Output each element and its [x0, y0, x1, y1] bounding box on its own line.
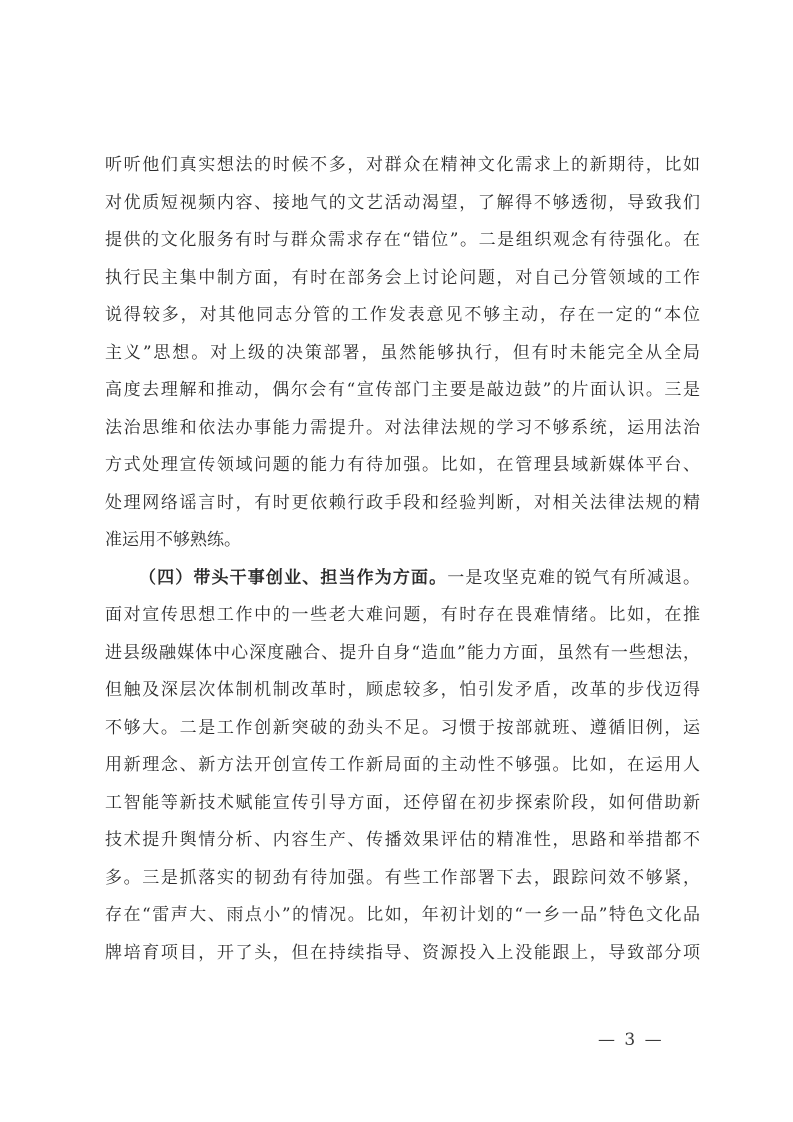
text-line: 技术提升舆情分析、内容生产、传播效果评估的精准性，思路和举措都不 [105, 822, 700, 860]
text-line: 用新理念、新方法开创宣传工作新局面的主动性不够强。比如，在运用人 [105, 747, 700, 785]
paragraph-2-first-line: （四）带头干事创业、担当作为方面。一是攻坚克难的锐气有所减退。 [105, 560, 700, 598]
text-line: 工智能等新技术赋能宣传引导方面，还停留在初步探索阶段，如何借助新 [105, 785, 700, 823]
text-line: 面对宣传思想工作中的一些老大难问题，有时存在畏难情绪。比如，在推 [105, 597, 700, 635]
text-line: 但触及深层次体制机制改革时，顾虑较多，怕引发矛盾，改革的步伐迈得 [105, 672, 700, 710]
text-line: 执行民主集中制方面，有时在部务会上讨论问题，对自己分管领域的工作 [105, 260, 700, 298]
section-heading-rest: 一是攻坚克难的锐气有所减退。 [447, 568, 700, 588]
text-line: 多。三是抓落实的韧劲有待加强。有些工作部署下去，跟踪问效不够紧， [105, 860, 700, 898]
text-line: 主义”思想。对上级的决策部署，虽然能够执行，但有时未能完全从全局 [105, 335, 700, 373]
text-line: 高度去理解和推动，偶尔会有“宣传部门主要是敲边鼓”的片面认识。三是 [105, 372, 700, 410]
text-line: 说得较多，对其他同志分管的工作发表意见不够主动，存在一定的“本位 [105, 297, 700, 335]
text-line: 牌培育项目，开了头，但在持续指导、资源投入上没能跟上，导致部分项 [105, 935, 700, 973]
page-number: — 3 — [598, 1028, 664, 1052]
text-line-paragraph-end: 准运用不够熟练。 [105, 522, 700, 560]
document-page: 听听他们真实想法的时候不多，对群众在精神文化需求上的新期待，比如 对优质短视频内… [0, 0, 793, 1122]
text-line: 听听他们真实想法的时候不多，对群众在精神文化需求上的新期待，比如 [105, 147, 700, 185]
text-line: 对优质短视频内容、接地气的文艺活动渴望，了解得不够透彻，导致我们 [105, 185, 700, 223]
text-line: 存在“雷声大、雨点小”的情况。比如，年初计划的“一乡一品”特色文化品 [105, 897, 700, 935]
text-line: 提供的文化服务有时与群众需求存在“错位”。二是组织观念有待强化。在 [105, 222, 700, 260]
text-line: 法治思维和依法办事能力需提升。对法律法规的学习不够系统，运用法治 [105, 410, 700, 448]
text-line: 进县级融媒体中心深度融合、提升自身“造血”能力方面，虽然有一些想法， [105, 635, 700, 673]
body-text: 听听他们真实想法的时候不多，对群众在精神文化需求上的新期待，比如 对优质短视频内… [105, 147, 700, 972]
section-heading: （四）带头干事创业、担当作为方面。 [139, 568, 447, 588]
text-line: 不够大。二是工作创新突破的劲头不足。习惯于按部就班、遵循旧例，运 [105, 710, 700, 748]
text-line: 方式处理宣传领域问题的能力有待加强。比如，在管理县域新媒体平台、 [105, 447, 700, 485]
text-line: 处理网络谣言时，有时更依赖行政手段和经验判断，对相关法律法规的精 [105, 485, 700, 523]
